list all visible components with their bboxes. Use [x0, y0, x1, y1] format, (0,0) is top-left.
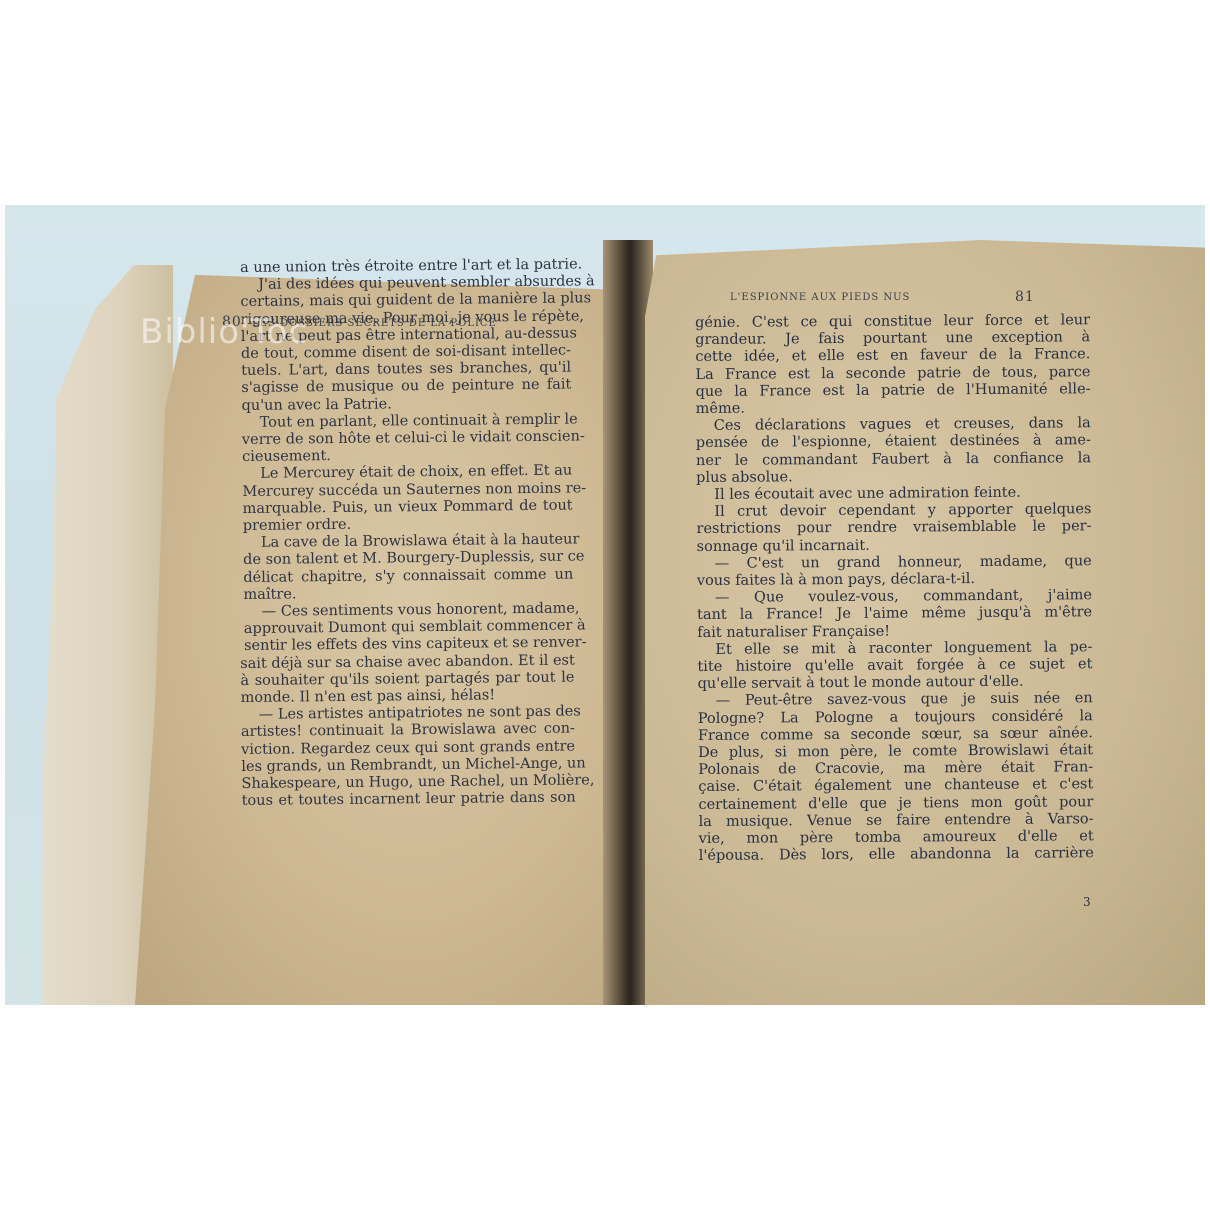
text-line: cette idée, et elle est en faveur de la …	[695, 347, 1090, 367]
text-line: que la France est la patrie de l'Humanit…	[695, 381, 1090, 401]
text-line: s'agisse de musique ou de peinture ne fa…	[241, 377, 571, 398]
text-line: marquable. Puis, un vieux Pommard de tou…	[243, 497, 573, 518]
text-line: l'épousa. Dès lors, elle abandonna la ca…	[699, 846, 1094, 866]
text-line: tant la France! Je l'aime même jusqu'à m…	[697, 605, 1092, 625]
text-line: pensée de l'espionne, étaient destinées …	[696, 433, 1091, 453]
text-line: tite histoire qu'elle avait forgée à ce …	[697, 656, 1092, 676]
text-line: délicat chapitre, s'y connaissait comme …	[243, 566, 573, 587]
signature-mark: 3	[1083, 895, 1091, 909]
text-line: tous et toutes incarnent leur patrie dan…	[242, 790, 576, 811]
text-line: à souhaiter qu'ils soient partagés par t…	[240, 669, 574, 690]
text-line: restrictions pour rendre vraisemblable l…	[696, 519, 1091, 539]
text-line: — C'est un grand honneur, madame, que	[697, 553, 1092, 573]
right-page-number: 81	[1015, 289, 1035, 305]
right-running-head: L'ESPIONNE AUX PIEDS NUS	[730, 292, 910, 303]
watermark-logo: Biblio'Toc	[140, 312, 308, 352]
text-line: ner le commandant Faubert à la confiance…	[696, 450, 1091, 470]
right-page-body-text: génie. C'est ce qui constitue leur force…	[695, 312, 1094, 865]
